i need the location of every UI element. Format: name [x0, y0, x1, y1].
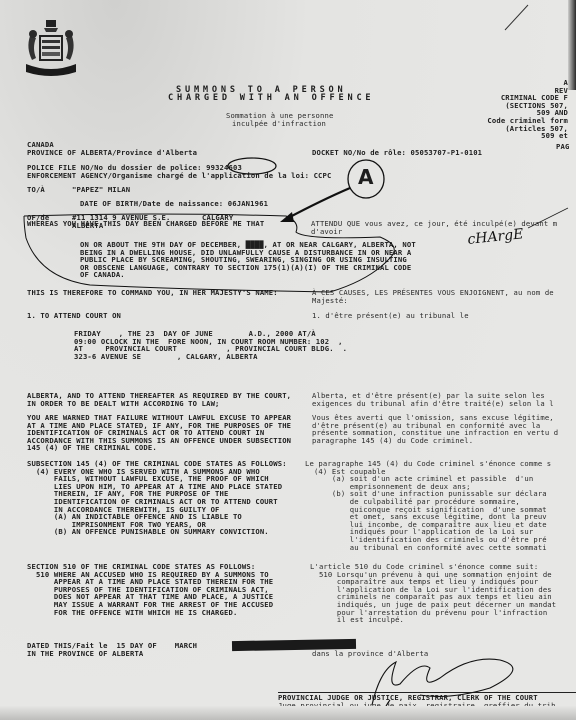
- summons-document: SUMMONS TO A PERSON CHARGED WITH AN OFFE…: [0, 0, 576, 720]
- handwritten-markings-icon: cHArgE: [0, 0, 576, 720]
- margin-note: cHArgE: [467, 226, 524, 248]
- circled-letter: A: [358, 167, 374, 187]
- scan-shadow-right: [568, 0, 576, 90]
- scan-shadow-bottom: [0, 706, 576, 720]
